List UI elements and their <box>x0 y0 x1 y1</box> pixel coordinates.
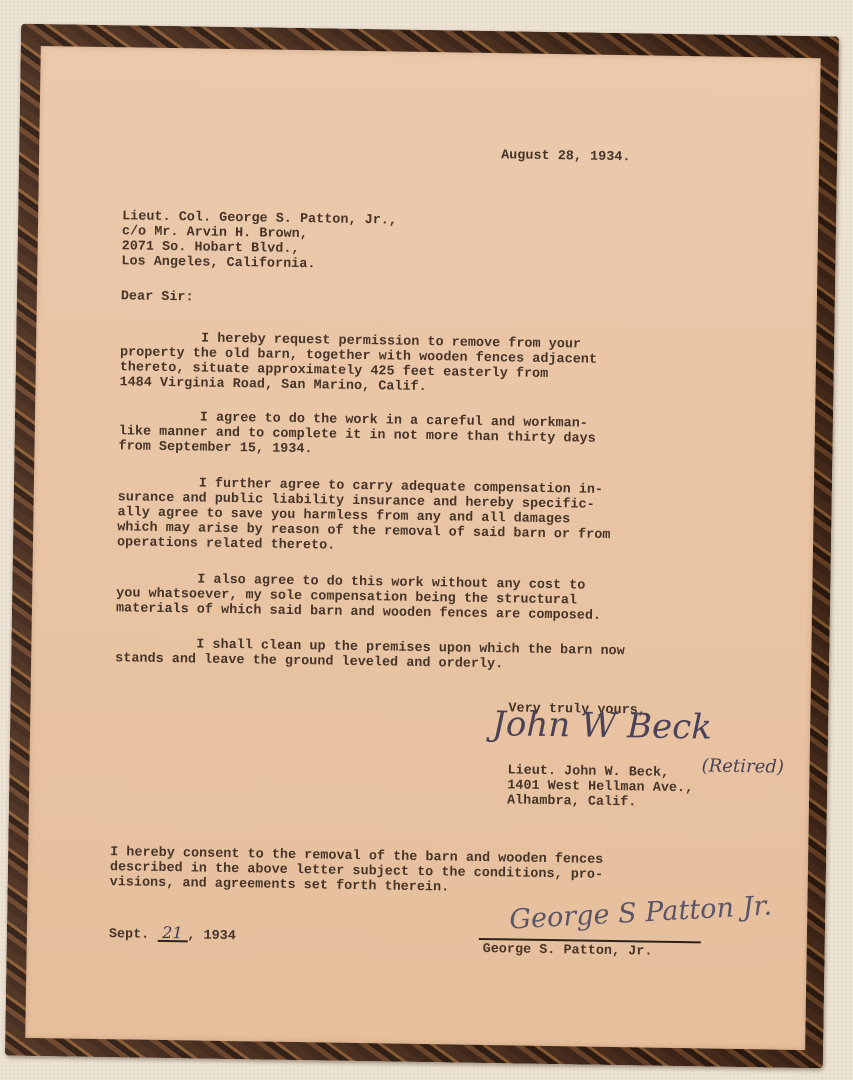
consent-date-prefix: Sept. <box>109 927 158 943</box>
letter-date: August 28, 1934. <box>501 148 631 165</box>
recipient-line: Los Angeles, California. <box>121 254 315 272</box>
sender-block: Lieut. John W. Beck, (Retired) 1401 West… <box>41 46 821 58</box>
paragraph-2: I agree to do the work in a careful and … <box>41 46 821 58</box>
paragraph-1: I hereby request permission to remove fr… <box>41 46 821 58</box>
consent-date-day: 21 <box>157 925 187 943</box>
consent-name: George S. Patton, Jr. <box>483 942 653 960</box>
consent-date: Sept. 21, 1934 <box>109 924 236 944</box>
consent-paragraph: I hereby consent to the removal of the b… <box>41 46 821 58</box>
recipient-address: Lieut. Col. George S. Patton, Jr., c/o M… <box>41 46 821 58</box>
paragraph-5: I shall clean up the premises upon which… <box>41 46 821 58</box>
picture-frame: August 28, 1934. Lieut. Col. George S. P… <box>5 24 839 1069</box>
paragraph-4: I also agree to do this work without any… <box>41 46 821 58</box>
paragraph-line: from September 15, 1934. <box>118 439 312 457</box>
paragraph-3: I further agree to carry adequate compen… <box>41 46 821 58</box>
sender-signature: John W Beck <box>492 717 712 736</box>
sender-line: Alhambra, Calif. <box>507 793 637 810</box>
salutation: Dear Sir: <box>121 289 194 305</box>
consent-date-suffix: , 1934 <box>187 928 236 944</box>
consent-signature: George S Patton Jr. <box>509 898 772 927</box>
retired-annotation: (Retired) <box>701 758 784 774</box>
letter-paper: August 28, 1934. Lieut. Col. George S. P… <box>25 46 820 1050</box>
paragraph-line: operations related thereto. <box>117 535 336 554</box>
